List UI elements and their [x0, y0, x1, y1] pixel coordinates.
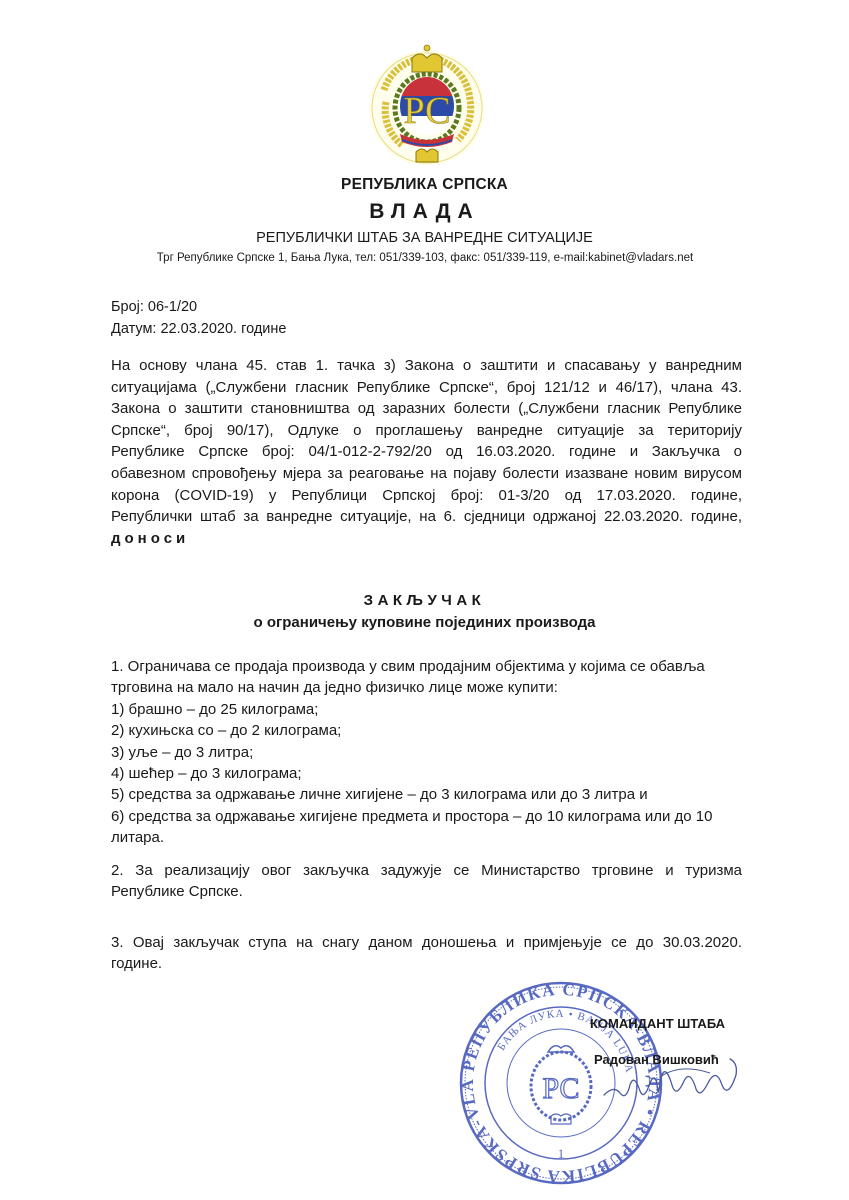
document-page: РС РЕПУБЛИКА СРПСКА ВЛАДА РЕПУБЛИЧКИ ШТА…	[0, 0, 849, 1200]
list-item: 1) брашно – до 25 килограма;	[111, 699, 751, 720]
preamble-line: Српске“, број 90/17), Одлуке о проглашењ…	[111, 420, 742, 442]
preamble-line: Закона о заштити становништва од заразни…	[111, 398, 742, 420]
signer-title: КОМАНДАНТ ШТАБА	[590, 1016, 725, 1031]
header-government: ВЛАДА	[0, 200, 849, 224]
document-number: Број: 06-1/20	[111, 299, 197, 315]
svg-text:РС: РС	[542, 1072, 579, 1105]
header-headquarters: РЕПУБЛИЧКИ ШТАБ ЗА ВАНРЕДНЕ СИТУАЦИЈЕ	[0, 230, 849, 246]
preamble-paragraph: На основу члана 45. став 1. тачка з) Зак…	[111, 355, 742, 549]
item-1: 1. Ограничава се продаја производа у сви…	[111, 656, 751, 849]
preamble-verb: доноси	[111, 528, 742, 550]
list-item: 6) средства за одржавање хигијене предме…	[111, 806, 751, 827]
list-item: литара.	[111, 827, 751, 848]
list-item: 5) средства за одржавање личне хигијене …	[111, 784, 751, 805]
header-republic: РЕПУБЛИКА СРПСКА	[0, 176, 849, 194]
item-1-intro: трговина на мало на начин да једно физич…	[111, 677, 751, 698]
item-3-line: 3. Овај закључак ступа на снагу даном до…	[111, 932, 742, 953]
conclusion-title: ЗАКЉУЧАК	[0, 592, 849, 609]
preamble-line: ситуацијама („Службени гласник Републике…	[111, 377, 742, 399]
item-3: 3. Овај закључак ступа на снагу даном до…	[111, 932, 742, 975]
list-item: 4) шећер – до 3 килограма;	[111, 763, 751, 784]
list-item: 3) уље – до 3 литра;	[111, 742, 751, 763]
header-address: Трг Републике Српске 1, Бања Лука, тел: …	[0, 252, 830, 264]
svg-text:РС: РС	[404, 90, 451, 132]
document-date: Датум: 22.03.2020. године	[111, 321, 286, 337]
government-emblem-icon: РС	[362, 30, 492, 170]
preamble-line: На основу члана 45. став 1. тачка з) Зак…	[111, 355, 742, 377]
preamble-line: корона (COVID-19) у Републици Српској бр…	[111, 485, 742, 507]
stamp-number: 1	[558, 1146, 565, 1161]
item-3-line: године.	[111, 953, 742, 974]
preamble-line: Републички штаб за ванредне ситуације, н…	[111, 506, 742, 528]
item-1-intro: 1. Ограничава се продаја производа у сви…	[111, 656, 751, 677]
item-2-line: 2. За реализацију овог закључка задужује…	[111, 860, 742, 881]
list-item: 2) кухињска со – до 2 килограма;	[111, 720, 751, 741]
preamble-line: обавезном спровођењу мјера за реаговање …	[111, 463, 742, 485]
item-2: 2. За реализацију овог закључка задужује…	[111, 860, 742, 903]
handwritten-signature-icon	[600, 1055, 740, 1105]
preamble-line: Републике Српске број: 04/1-012-2-792/20…	[111, 441, 742, 463]
item-2-line: Републике Српске.	[111, 881, 742, 902]
conclusion-subtitle: о ограничењу куповине појединих производ…	[0, 614, 849, 631]
